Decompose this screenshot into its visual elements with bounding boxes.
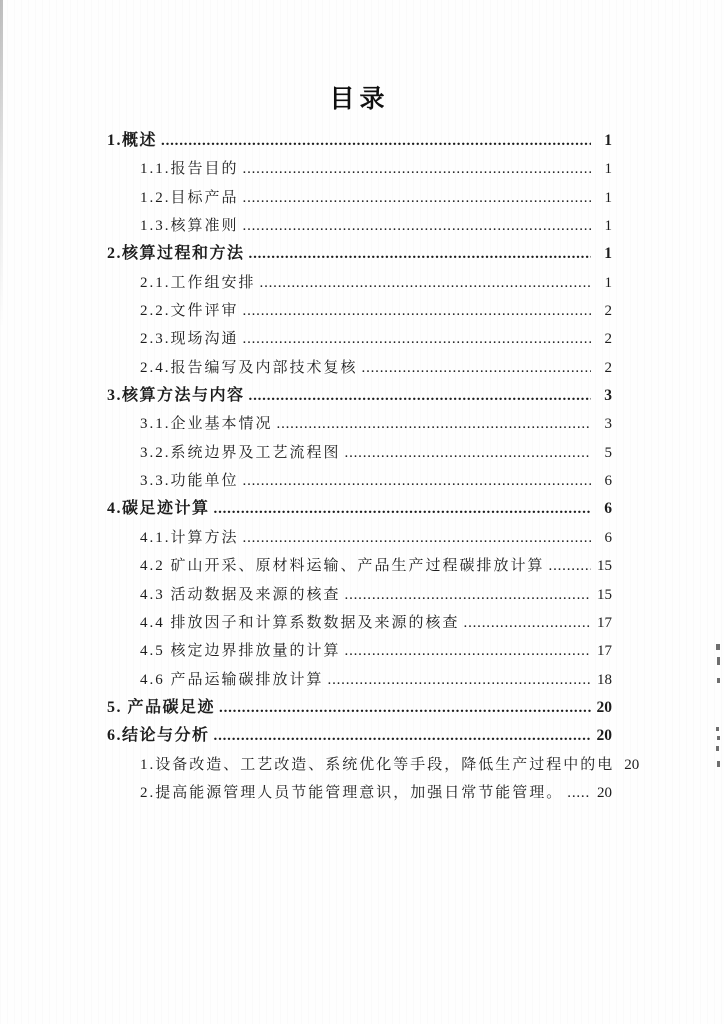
toc-entry-label: 1.概述: [107, 127, 157, 155]
toc-leader-dots: ........................................…: [243, 467, 591, 495]
toc-page-number: 18: [594, 666, 612, 694]
toc-leader-dots: ........................................…: [277, 410, 591, 438]
toc-entry-label: 2.3.现场沟通: [140, 325, 239, 353]
toc-entry-label: 2.4.报告编写及内部技术复核: [140, 354, 358, 382]
toc-page-number: 3: [594, 382, 612, 410]
table-of-contents: 1.概述 ...................................…: [107, 127, 612, 807]
toc-entry-label: 6.结论与分析: [107, 722, 210, 750]
toc-leader-dots: ........................................…: [328, 666, 591, 694]
toc-entry: 2.4.报告编写及内部技术复核 ........................…: [107, 354, 612, 382]
scan-artifact: [717, 736, 720, 740]
toc-page-number: 20: [594, 779, 612, 807]
toc-page-number: 20: [594, 722, 612, 750]
toc-page-number: 2: [594, 354, 612, 382]
scan-artifact: [716, 644, 720, 650]
toc-leader-dots: ........................................…: [345, 637, 591, 665]
toc-entry: 5. 产品碳足迹 ...............................…: [107, 694, 612, 722]
toc-page-number: 3: [594, 410, 612, 438]
toc-leader-dots: ........................................…: [567, 779, 591, 807]
toc-leader-dots: ........................................…: [243, 155, 591, 183]
toc-page-number: 17: [594, 637, 612, 665]
toc-entry: 4.4 排放因子和计算系数数据及来源的核查 ..................…: [107, 609, 612, 637]
toc-entry-label: 2.1.工作组安排: [140, 269, 256, 297]
toc-page-number: 17: [594, 609, 612, 637]
toc-page-number: 20: [621, 751, 639, 779]
toc-entry: 3.核算方法与内容 ..............................…: [107, 382, 612, 410]
toc-entry: 4.6 产品运输碳排放计算 ..........................…: [107, 666, 612, 694]
toc-entry-label: 4.5 核定边界排放量的计算: [140, 637, 341, 665]
toc-entry-label: 3.3.功能单位: [140, 467, 239, 495]
toc-entry-label: 2.提高能源管理人员节能管理意识，加强日常节能管理。: [140, 779, 563, 807]
toc-leader-dots: ........................................…: [243, 325, 591, 353]
toc-page-number: 20: [594, 694, 612, 722]
page-title: 目录: [107, 85, 612, 115]
toc-leader-dots: ........................................…: [214, 722, 591, 750]
toc-entry-label: 4.4 排放因子和计算系数数据及来源的核查: [140, 609, 460, 637]
toc-leader-dots: ........................................…: [249, 382, 591, 410]
scan-artifact: [717, 761, 720, 767]
toc-entry: 3.3.功能单位 ...............................…: [107, 467, 612, 495]
toc-page-number: 15: [594, 581, 612, 609]
toc-entry-label: 1.3.核算准则: [140, 212, 239, 240]
toc-page-number: 6: [594, 467, 612, 495]
toc-leader-dots: ........................................…: [362, 354, 591, 382]
toc-entry-label: 4.3 活动数据及来源的核查: [140, 581, 341, 609]
toc-entry: 3.2.系统边界及工艺流程图 .........................…: [107, 439, 612, 467]
toc-entry: 3.1.企业基本情况 .............................…: [107, 410, 612, 438]
toc-page-number: 2: [594, 297, 612, 325]
toc-entry-label: 5. 产品碳足迹: [107, 694, 215, 722]
toc-entry-label: 4.1.计算方法: [140, 524, 239, 552]
toc-page-number: 1: [594, 240, 612, 268]
toc-leader-dots: ........................................…: [260, 269, 591, 297]
toc-leader-dots: ........................................…: [161, 127, 591, 155]
toc-page-number: 1: [594, 269, 612, 297]
toc-entry: 1.2.目标产品 ...............................…: [107, 184, 612, 212]
toc-entry-label: 3.核算方法与内容: [107, 382, 245, 410]
toc-entry: 1.3.核算准则 ...............................…: [107, 212, 612, 240]
toc-entry: 4.5 核定边界排放量的计算 .........................…: [107, 637, 612, 665]
scan-artifact: [716, 746, 719, 751]
toc-entry-label: 4.2 矿山开采、原材料运输、产品生产过程碳排放计算: [140, 552, 545, 580]
toc-entry: 2.1.工作组安排 ..............................…: [107, 269, 612, 297]
toc-page-number: 1: [594, 184, 612, 212]
toc-leader-dots: ........................................…: [549, 552, 591, 580]
toc-leader-dots: ........................................…: [464, 609, 591, 637]
toc-leader-dots: ........................................…: [219, 694, 591, 722]
scan-artifact: [716, 727, 719, 731]
toc-leader-dots: ........................................…: [243, 297, 591, 325]
toc-entry: 6.结论与分析 ................................…: [107, 722, 612, 750]
toc-page-number: 6: [594, 524, 612, 552]
toc-page-number: 5: [594, 439, 612, 467]
toc-entry: 4.碳足迹计算 ................................…: [107, 495, 612, 523]
toc-page-number: 15: [594, 552, 612, 580]
scan-artifact: [717, 657, 720, 665]
toc-entry-label: 4.6 产品运输碳排放计算: [140, 666, 324, 694]
toc-page-number: 1: [594, 127, 612, 155]
toc-leader-dots: ........................................…: [243, 212, 591, 240]
toc-entry: 2.3.现场沟通 ...............................…: [107, 325, 612, 353]
toc-entry: 1.1.报告目的 ...............................…: [107, 155, 612, 183]
toc-entry-label: 2.核算过程和方法: [107, 240, 245, 268]
toc-entry: 4.2 矿山开采、原材料运输、产品生产过程碳排放计算 .............…: [107, 552, 612, 580]
toc-leader-dots: ........................................…: [214, 495, 591, 523]
toc-leader-dots: ........................................…: [243, 524, 591, 552]
toc-page-number: 6: [594, 495, 612, 523]
toc-entry: 2.核算过程和方法 ..............................…: [107, 240, 612, 268]
toc-entry-label: 3.1.企业基本情况: [140, 410, 273, 438]
toc-page-number: 1: [594, 212, 612, 240]
toc-entry-label: 1.设备改造、工艺改造、系统优化等手段，降低生产过程中的电: [140, 751, 614, 779]
scan-artifact: [717, 678, 720, 683]
toc-leader-dots: ........................................…: [345, 439, 591, 467]
toc-entry-label: 2.2.文件评审: [140, 297, 239, 325]
toc-entry: 4.3 活动数据及来源的核查 .........................…: [107, 581, 612, 609]
toc-entry: 2.2.文件评审 ...............................…: [107, 297, 612, 325]
toc-leader-dots: ........................................…: [249, 240, 591, 268]
toc-entry-label: 1.1.报告目的: [140, 155, 239, 183]
toc-page-number: 2: [594, 325, 612, 353]
toc-page-number: 1: [594, 155, 612, 183]
toc-entry: 1.设备改造、工艺改造、系统优化等手段，降低生产过程中的电 ..........…: [107, 751, 612, 779]
scan-edge-artifact: [0, 0, 3, 330]
toc-entry-label: 1.2.目标产品: [140, 184, 239, 212]
toc-entry: 2.提高能源管理人员节能管理意识，加强日常节能管理。 .............…: [107, 779, 612, 807]
toc-leader-dots: ........................................…: [345, 581, 591, 609]
toc-entry: 1.概述 ...................................…: [107, 127, 612, 155]
toc-entry-label: 3.2.系统边界及工艺流程图: [140, 439, 341, 467]
toc-leader-dots: ........................................…: [243, 184, 591, 212]
toc-entry: 4.1.计算方法 ...............................…: [107, 524, 612, 552]
toc-entry-label: 4.碳足迹计算: [107, 495, 210, 523]
